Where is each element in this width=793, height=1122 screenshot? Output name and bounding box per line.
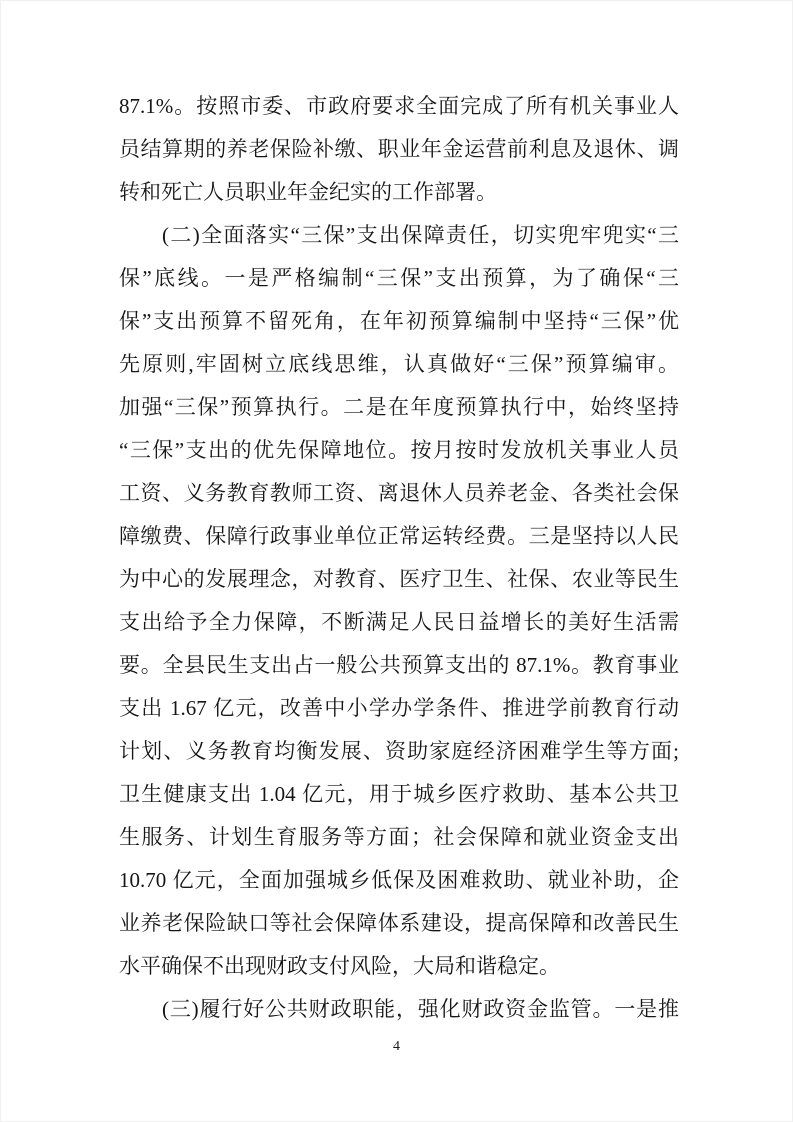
text-line: 员结算期的养老保险补缴、职业年金运营前利息及退休、调 xyxy=(119,128,679,171)
text-line: (二)全面落实“三保”支出保障责任，切实兜牢兜实“三 xyxy=(119,214,679,257)
text-line: “三保”支出的优先保障地位。按月按时发放机关事业人员 xyxy=(119,429,679,472)
text-line: 加强“三保”预算执行。二是在年度预算执行中，始终坚持 xyxy=(119,386,679,429)
text-line: 10.70 亿元，全面加强城乡低保及困难救助、就业补助，企 xyxy=(119,859,679,902)
text-line: 支出 1.67 亿元，改善中小学办学条件、推进学前教育行动 xyxy=(119,687,679,730)
text-line: 业养老保险缺口等社会保障体系建设，提高保障和改善民生 xyxy=(119,902,679,945)
page-number: 4 xyxy=(1,1037,792,1057)
text-line: 要。全县民生支出占一般公共预算支出的 87.1%。教育事业 xyxy=(119,644,679,687)
text-line: 卫生健康支出 1.04 亿元，用于城乡医疗救助、基本公共卫 xyxy=(119,773,679,816)
text-line: (三)履行好公共财政职能，强化财政资金监管。一是推 xyxy=(119,988,679,1031)
text-line: 支出给予全力保障，不断满足人民日益增长的美好生活需 xyxy=(119,601,679,644)
text-line: 87.1%。按照市委、市政府要求全面完成了所有机关事业人 xyxy=(119,85,679,128)
text-line: 保”底线。一是严格编制“三保”支出预算，为了确保“三 xyxy=(119,257,679,300)
text-line: 生服务、计划生育服务等方面；社会保障和就业资金支出 xyxy=(119,816,679,859)
text-line: 工资、义务教育教师工资、离退休人员养老金、各类社会保 xyxy=(119,472,679,515)
text-line: 为中心的发展理念，对教育、医疗卫生、社保、农业等民生 xyxy=(119,558,679,601)
text-line: 保”支出预算不留死角，在年初预算编制中坚持“三保”优 xyxy=(119,300,679,343)
document-body: 87.1%。按照市委、市政府要求全面完成了所有机关事业人员结算期的养老保险补缴、… xyxy=(119,85,679,1031)
document-page: 87.1%。按照市委、市政府要求全面完成了所有机关事业人员结算期的养老保险补缴、… xyxy=(0,0,793,1122)
text-line: 障缴费、保障行政事业单位正常运转经费。三是坚持以人民 xyxy=(119,515,679,558)
text-line: 水平确保不出现财政支付风险，大局和谐稳定。 xyxy=(119,945,679,988)
text-line: 先原则,牢固树立底线思维，认真做好“三保”预算编审。 xyxy=(119,343,679,386)
text-line: 计划、义务教育均衡发展、资助家庭经济困难学生等方面; xyxy=(119,730,679,773)
text-line: 转和死亡人员职业年金纪实的工作部署。 xyxy=(119,171,679,214)
